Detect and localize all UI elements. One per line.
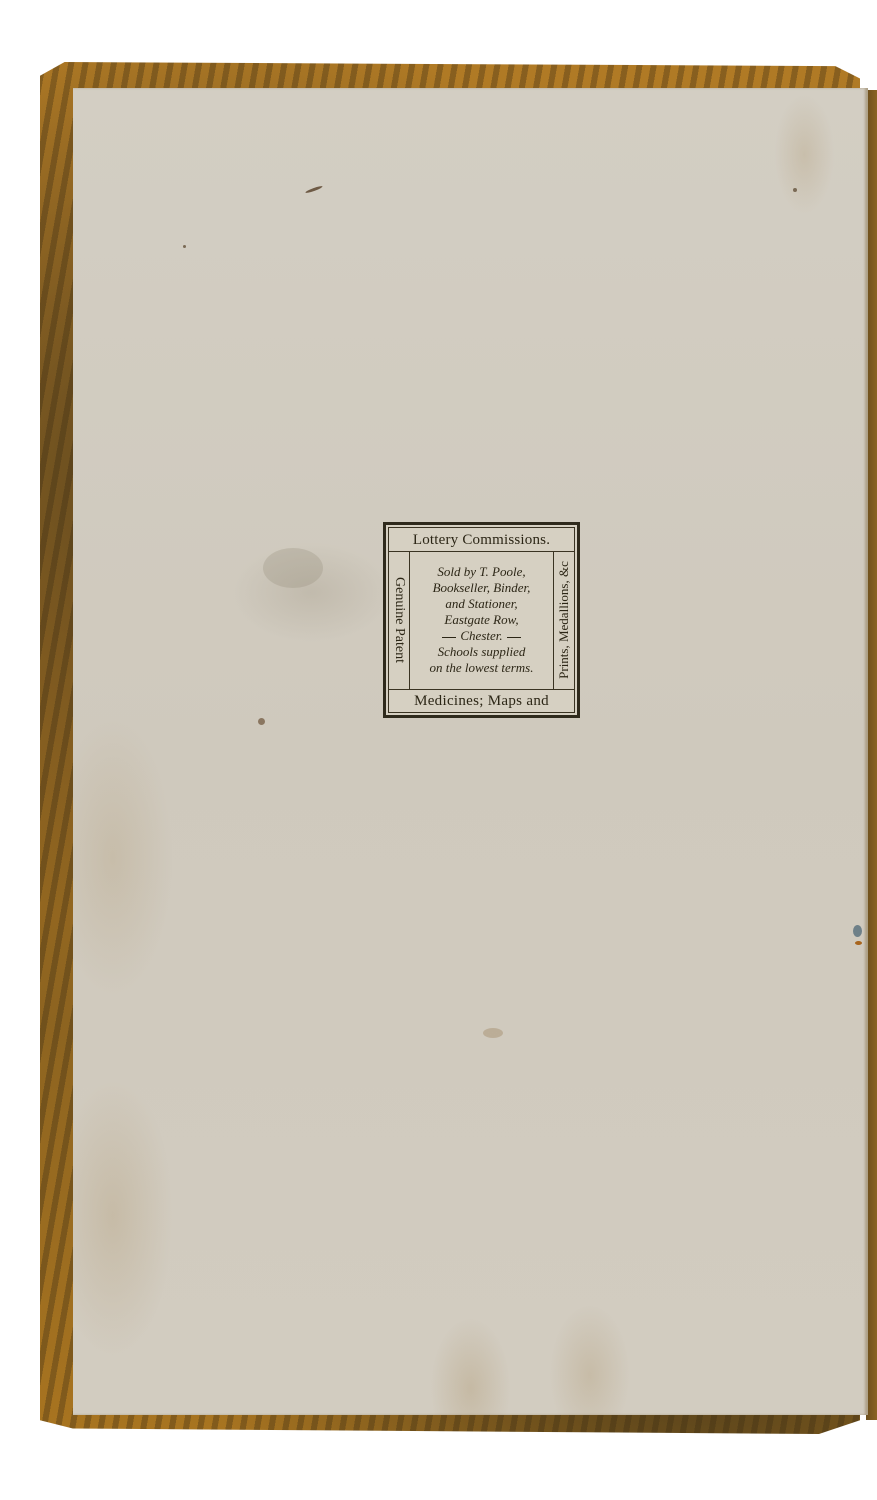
rust-stain (855, 941, 862, 945)
speck (183, 245, 186, 248)
label-top-text: Lottery Commissions. (389, 529, 574, 552)
label-center: Sold by T. Poole, Bookseller, Binder, an… (410, 552, 553, 688)
bookseller-label: Lottery Commissions. Genuine Patent Prin… (383, 522, 580, 718)
pastedown-page (73, 88, 868, 1415)
ink-stain (853, 925, 862, 937)
stain (263, 548, 323, 588)
label-line: Sold by T. Poole, (437, 564, 525, 580)
label-line: Eastgate Row, (444, 612, 518, 628)
label-line: Schools supplied (438, 644, 526, 660)
label-right-text: Prints, Medallions, &c (556, 561, 572, 679)
label-line: on the lowest terms. (430, 660, 534, 676)
speck (305, 185, 323, 194)
label-inner-border: Lottery Commissions. Genuine Patent Prin… (388, 527, 575, 713)
label-right-border: Prints, Medallions, &c (553, 551, 574, 689)
label-left-text: Genuine Patent (391, 577, 407, 663)
label-line: Chester. (438, 628, 524, 644)
speck (258, 718, 265, 725)
label-line: and Stationer, (445, 596, 517, 612)
stain (483, 1028, 503, 1038)
label-line: Bookseller, Binder, (433, 580, 531, 596)
speck (793, 188, 797, 192)
label-left-border: Genuine Patent (389, 551, 410, 689)
label-bottom-text: Medicines; Maps and (389, 689, 574, 712)
